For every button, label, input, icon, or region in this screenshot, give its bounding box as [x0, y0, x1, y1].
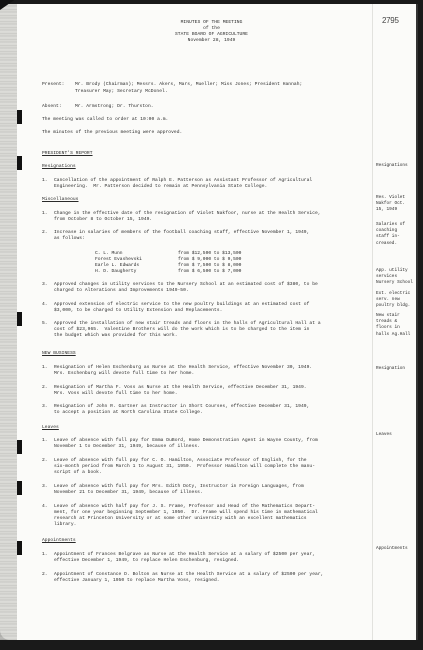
- item-line: script of a book.: [54, 470, 102, 476]
- binding-tab: [17, 541, 22, 555]
- item-number: 1.: [42, 552, 48, 558]
- item-number: 2.: [42, 572, 48, 578]
- binding-tab: [17, 110, 22, 124]
- item-line: from October 8 to October 15, 1949.: [54, 217, 152, 223]
- item-line: effective December 1, 1949, to replace H…: [54, 558, 239, 564]
- item-line: the budget which was provided for this w…: [54, 333, 178, 339]
- absent-text: Mr. Armstrong; Dr. Thurston.: [75, 104, 154, 110]
- called-to-order: The meeting was called to order at 10:00…: [42, 117, 168, 123]
- item-line: as follows:: [54, 236, 85, 242]
- binding-tab: [17, 312, 22, 326]
- margin-note-electric: Ext. electric serv. new poultry bldg.: [376, 291, 410, 310]
- margin-note-resignation: Resignation: [376, 366, 405, 372]
- binding-tab: [17, 481, 22, 495]
- present-line-1: Mr. Brody (Chairman); Messrs. Akers, Mar…: [75, 82, 302, 88]
- item-line: $3,000, to be charged to Utility Extensi…: [54, 308, 222, 314]
- subheading-appointments: Appointments: [42, 538, 76, 544]
- section-heading-new-business: NEW BUSINESS: [42, 351, 76, 357]
- salary-name: H. D. Daugherty: [95, 269, 136, 275]
- meeting-date: November 28, 1949: [0, 38, 423, 44]
- salary-change: from $ 6,500 to $ 7,000: [178, 269, 241, 275]
- section-heading-presidents-report: PRESIDENT'S REPORT: [42, 151, 93, 157]
- item-line: November 21 to December 31, 1949, becaus…: [54, 490, 203, 496]
- item-number: 1.: [42, 365, 48, 371]
- item-number: 2.: [42, 458, 48, 464]
- item-number: 5.: [42, 321, 48, 327]
- item-number: 4.: [42, 504, 48, 510]
- absent-label: Absent:: [42, 104, 62, 110]
- item-line: charged to Alterations and Improvements …: [54, 288, 189, 294]
- item-line: Engineering. Mr. Patterson decided to re…: [54, 184, 267, 190]
- subheading-leaves: Leaves: [42, 425, 59, 431]
- subheading-miscellaneous: Miscellaneous: [42, 197, 79, 203]
- item-line: November 1 to December 31, 1949, because…: [54, 444, 200, 450]
- margin-note-appointments: Appointments: [376, 546, 408, 552]
- page-edge: [416, 4, 418, 640]
- item-number: 3.: [42, 404, 48, 410]
- margin-note-utility: App. utility services Nursery School: [376, 268, 413, 287]
- margin-note-stairs: New stair treads & floors in halls Ag.Ha…: [376, 313, 410, 338]
- item-number: 2.: [42, 230, 48, 236]
- item-number: 3.: [42, 282, 48, 288]
- present-line-2: Treasurer May; Secretary McDonel.: [75, 89, 168, 95]
- item-number: 3.: [42, 484, 48, 490]
- margin-note-resignations: Resignations: [376, 163, 408, 169]
- item-number: 1.: [42, 211, 48, 217]
- item-number: 1.: [42, 438, 48, 444]
- binding-tab: [17, 440, 22, 454]
- item-line: to accept a position at North Carolina S…: [54, 410, 203, 416]
- margin-note-leaves: Leaves: [376, 432, 392, 438]
- item-number: 4.: [42, 302, 48, 308]
- item-line: research at Princeton University or at s…: [54, 516, 307, 522]
- margin-note-salaries: Salaries of coaching staff in- creased.: [376, 222, 405, 247]
- item-line: Mrs. Voss will devote full time to her h…: [54, 391, 178, 397]
- margin-note-nakfoor: Res. Violet Nakfor Oct. 15, 1949: [376, 195, 405, 214]
- item-line: Mrs. Eschenburg will devote full time to…: [54, 371, 194, 377]
- item-number: 1.: [42, 178, 48, 184]
- margin-rule: [372, 4, 373, 640]
- item-line: effective January 1, 1950 to replace Mar…: [54, 578, 220, 584]
- binding-edge: [0, 4, 17, 640]
- subheading-resignations: Resignations: [42, 164, 76, 170]
- item-line: Increase in salaries of members of the f…: [54, 230, 309, 236]
- item-line: library.: [54, 522, 76, 528]
- item-number: 2.: [42, 385, 48, 391]
- page-corner: [0, 0, 20, 10]
- binding-tab: [17, 156, 22, 170]
- present-label: Present:: [42, 82, 64, 88]
- minutes-approved: The minutes of the previous meeting were…: [42, 130, 182, 136]
